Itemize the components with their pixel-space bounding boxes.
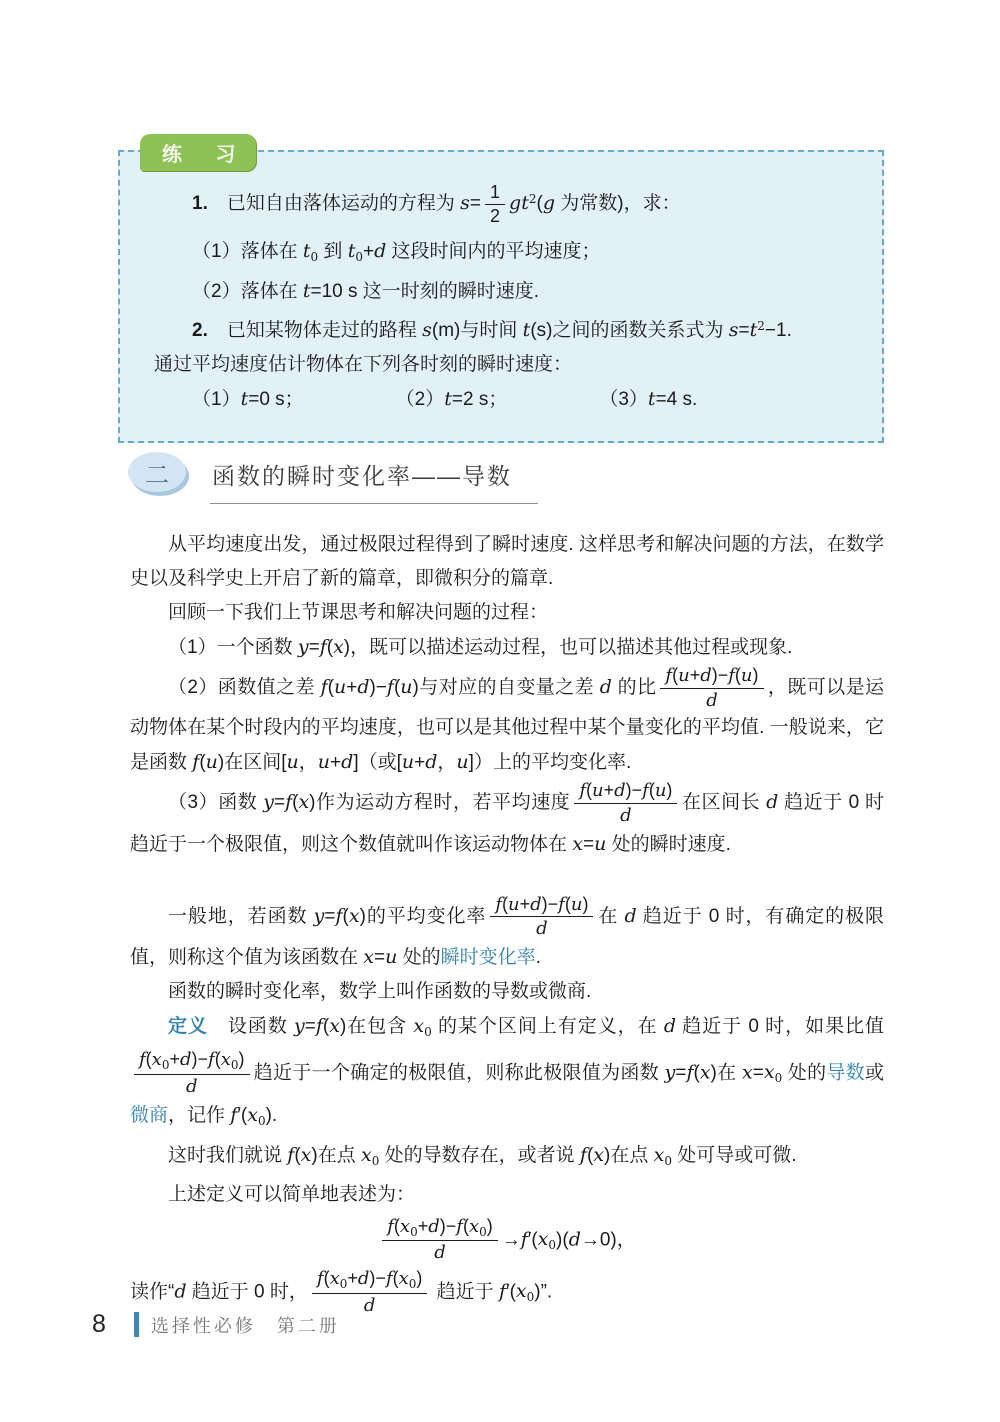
text-run: = [374, 947, 385, 968]
text-run: 的某个区间上有定义，在 [432, 1016, 664, 1037]
practice-line: （1）落体在 t0 到 t0+d 这段时间内的平均速度； [154, 234, 848, 274]
text-run: （1）落体在 [192, 241, 303, 262]
text-run: . [536, 947, 541, 968]
fraction-numerator: f(x0+d)−f(x0) [134, 1049, 250, 1075]
text-run: )− [369, 677, 386, 698]
math-var: g [509, 192, 521, 214]
text-run: ) [239, 1049, 245, 1069]
fraction: f(u+d)−f(u)d [490, 894, 593, 940]
math-var: y [665, 1061, 676, 1083]
math-var: d [614, 780, 626, 801]
paragraph: （1）一个函数 y=f(x)，既可以描述运动过程，也可以描述其他过程或现象. [130, 630, 884, 665]
math-var: x [593, 1144, 604, 1166]
text-run: 处的导数存在，或者说 [379, 1145, 580, 1166]
text-run: 一般地，若函数 [168, 906, 314, 927]
text-run: 处的瞬时速度. [606, 834, 731, 855]
math-var-sup: t2 [521, 192, 536, 214]
math-var: u [287, 751, 299, 773]
practice-tab: 练 习 [140, 134, 256, 171]
math-var: x [742, 1061, 753, 1083]
text-run: →0)， [581, 1229, 636, 1250]
text-run: )− [712, 665, 729, 685]
practice-box: 1. 已知自由落体运动的方程为 s=12gt2(g 为常数)，求：（1）落体在 … [118, 150, 884, 443]
math-var: d [600, 676, 612, 698]
math-var: f [499, 1280, 506, 1302]
fraction-numerator: f(u+d)−f(u) [660, 665, 763, 689]
practice-line: 1. 已知自由落体运动的方程为 s=12gt2(g 为常数)，求： [154, 182, 848, 226]
math-var: u [594, 833, 606, 855]
math-var: f [335, 905, 342, 927]
math-var-sub: x0 [516, 1280, 534, 1302]
text-run: ，记作 [168, 1105, 230, 1126]
text-run: )作为运动方程时，若平均速度 [309, 793, 570, 814]
text-run: = [274, 793, 285, 814]
text-run: )”. [534, 1281, 552, 1302]
text-run: ]（或[ [353, 752, 402, 773]
practice-line: （1）t=0 s；（2）t=2 s；（3）t=4 s. [154, 382, 848, 417]
math-var: d [364, 1295, 376, 1316]
math-var: f [208, 1049, 215, 1070]
paragraph: 定义 设函数 y=f(x)在包含 x0 的某个区间上有定义，在 d 趋近于 0 … [130, 1009, 884, 1137]
text-run: 在 [597, 906, 624, 927]
math-var: f [321, 676, 328, 698]
text-run: ( [394, 1216, 400, 1236]
math-var: d [174, 1280, 186, 1302]
text-run: = [675, 1062, 686, 1083]
math-var: x [572, 833, 583, 855]
text-run: + [414, 752, 425, 773]
fraction-denominator: d [134, 1075, 250, 1098]
text-run: = [324, 906, 335, 927]
text-run: ( [146, 1049, 152, 1069]
text-run: 趋近于 0 时，如果比值 [676, 1016, 884, 1037]
math-var: u [206, 751, 218, 773]
math-var-sub: x0 [538, 1228, 556, 1250]
practice-line: 2. 已知某物体走过的路程 s(m)与时间 t(s)之间的函数关系式为 s=t2… [154, 309, 848, 348]
math-var: d [569, 1228, 581, 1250]
text-run: （3） [599, 389, 648, 410]
keyword-highlight: 瞬时变化率 [441, 947, 536, 968]
math-var: x [363, 946, 374, 968]
math-var-sup: t2 [750, 319, 765, 341]
fraction-denominator: d [382, 1241, 498, 1264]
paragraph: （2）函数值之差 f(u+d)−f(u)与对应的自变量之差 d 的比f(u+d)… [130, 665, 884, 780]
text-run: + [363, 241, 374, 262]
footer-divider-bar [134, 1312, 139, 1337]
math-var: u [385, 946, 397, 968]
math-var-sub: t0 [348, 240, 363, 262]
math-var: g [543, 192, 555, 214]
text-run: ) [416, 1268, 422, 1288]
math-var: u [571, 894, 583, 915]
text-run: ′( [528, 1229, 538, 1250]
text-run: = [309, 637, 320, 658]
math-var-sub: x0 [764, 1061, 782, 1083]
text-run: 在区间长 [681, 793, 766, 814]
text-run: + [347, 1268, 358, 1288]
math-var: u [456, 751, 468, 773]
text-run: 到 [318, 241, 348, 262]
text-run: 处可导或可微. [672, 1145, 797, 1166]
math-var: d [357, 676, 369, 698]
math-var: f [387, 1216, 394, 1237]
math-var: f [642, 780, 649, 801]
math-var: t [648, 388, 656, 410]
math-var: f [456, 1216, 463, 1237]
math-var: d [428, 1216, 440, 1237]
math-var: d [186, 1076, 198, 1097]
text-run: 这时我们就说 [168, 1145, 287, 1166]
math-var: d [180, 1049, 192, 1070]
fraction: 12 [485, 182, 505, 226]
math-var: u [655, 780, 667, 801]
math-var: x [333, 636, 344, 658]
text-run: + [346, 677, 357, 698]
text-run: （2）落体在 [192, 281, 303, 302]
text-run: ) [487, 1216, 493, 1236]
paragraph: （3）函数 y=f(x)作为运动方程时，若平均速度f(u+d)−f(u)d在区间… [130, 780, 884, 861]
math-var: f [558, 894, 565, 915]
text-run: 已知某物体走过的路程 [208, 320, 422, 341]
math-var: u [318, 751, 330, 773]
text-run: )− [626, 780, 643, 800]
text-run: 1 [490, 182, 500, 202]
math-var: y [298, 636, 309, 658]
paragraph: 一般地，若函数 y=f(x)的平均变化率f(u+d)−f(u)d在 d 趋近于 … [130, 894, 884, 975]
text-run: )在包含 [340, 1016, 413, 1037]
math-var-sub: x0 [361, 1144, 379, 1166]
text-run: + [690, 665, 701, 685]
text-run: =4 s. [656, 389, 698, 410]
text-run: =0 s； [248, 389, 303, 410]
text-run: （3）函数 [168, 793, 263, 814]
text-run: （2）函数值之差 [168, 677, 321, 698]
math-var: u [741, 665, 753, 686]
text-run: 函数的瞬时变化率，数学上叫作函数的导数或微商. [168, 981, 591, 1002]
math-var: t [303, 280, 311, 302]
main-text: 从平均速度出发，通过极限过程得到了瞬时速度. 这样思考和解决问题的方法，在数学史… [130, 528, 884, 1317]
math-var: f [317, 1268, 324, 1289]
text-run: ). [266, 1105, 278, 1126]
page-footer: 8 选择性必修 第二册 [92, 1310, 340, 1339]
math-var: x [349, 905, 360, 927]
practice-line: 通过平均速度估计物体在下列各时刻的瞬时速度： [154, 348, 848, 382]
math-var: d [341, 751, 353, 773]
math-var-sub: x0 [399, 1268, 417, 1289]
math-var: d [374, 240, 386, 262]
paragraph: 从平均速度出发，通过极限过程得到了瞬时速度. 这样思考和解决问题的方法，在数学史… [130, 528, 884, 596]
fraction: f(u+d)−f(u)d [574, 780, 677, 826]
paragraph: 上述定义可以简单地表述为： [130, 1178, 884, 1212]
text-run: )( [556, 1229, 569, 1250]
text-run: = [470, 193, 481, 214]
math-var-sub: x0 [152, 1049, 170, 1070]
text-run: = [583, 834, 594, 855]
text-run: = [305, 1016, 316, 1037]
math-var-sub: x0 [400, 1216, 418, 1237]
fraction: f(x0+d)−f(x0)d [382, 1216, 498, 1264]
section-title: 函数的瞬时变化率——导数 [210, 452, 538, 504]
text-run: + [418, 1216, 429, 1236]
math-var: x [301, 1144, 312, 1166]
keyword-highlight: 导数 [826, 1062, 865, 1083]
math-var: d [620, 805, 632, 826]
text-run: 从平均速度出发，通过极限过程得到了瞬时速度. 这样思考和解决问题的方法，在数学史… [130, 534, 884, 589]
section-header: 二 函数的瞬时变化率——导数 [128, 452, 538, 504]
text-run: 回顾一下我们上节课思考和解决问题的过程： [168, 602, 548, 623]
math-var: f [521, 1228, 528, 1250]
text-run: )在点 [604, 1145, 654, 1166]
text-run: 这段时间内的平均速度； [386, 241, 600, 262]
fraction-numerator: 1 [485, 182, 505, 205]
text-run: = [739, 320, 750, 341]
text-run: 2 [490, 206, 500, 226]
text-run: =10 s 这一时刻的瞬时速度. [311, 281, 540, 302]
text-run: )在区间[ [218, 752, 287, 773]
math-var: d [664, 1015, 676, 1037]
text-run: ， [437, 752, 456, 773]
math-var: f [495, 894, 502, 915]
text-run: 趋近于一个确定的极限值，则称此极限值为函数 [254, 1062, 665, 1083]
text-run: )− [440, 1216, 457, 1236]
text-run: ) [666, 780, 672, 800]
text-run: ]）上的平均变化率. [469, 752, 632, 773]
math-var: d [358, 1268, 370, 1289]
practice-lines: 1. 已知自由落体运动的方程为 s=12gt2(g 为常数)，求：（1）落体在 … [154, 182, 848, 417]
text-run: 为常数)，求： [555, 193, 681, 214]
text-run: )在点 [311, 1145, 361, 1166]
fraction-numerator: f(u+d)−f(u) [490, 894, 593, 918]
math-var: f [316, 1015, 323, 1037]
math-var: u [400, 676, 412, 698]
math-var: s [460, 192, 470, 214]
fraction-numerator: f(u+d)−f(u) [574, 780, 677, 804]
math-var: f [139, 1049, 146, 1070]
fraction: f(u+d)−f(u)d [660, 665, 763, 711]
text-run: 或 [865, 1062, 884, 1083]
math-var: u [334, 676, 346, 698]
text-run: )的平均变化率 [360, 906, 487, 927]
text-run: 趋近于 0 时， [187, 1281, 308, 1302]
text-run: 通过平均速度估计物体在下列各时刻的瞬时速度： [154, 354, 572, 375]
text-run: )，既可以描述运动过程，也可以描述其他过程或现象. [344, 637, 793, 658]
text-run: ( [324, 1268, 330, 1288]
text-run: （2） [396, 389, 445, 410]
text-run: ) [582, 894, 588, 914]
math-var: d [706, 690, 718, 711]
math-var-sub: x0 [469, 1216, 487, 1237]
section-badge: 二 [128, 452, 186, 492]
math-var-sub: x0 [654, 1144, 672, 1166]
math-var: f [728, 665, 735, 686]
text-run: ( [215, 1049, 221, 1069]
text-run: −1. [765, 320, 792, 341]
text-run: )− [192, 1049, 209, 1069]
math-var: y [294, 1015, 305, 1037]
fraction-denominator: 2 [485, 205, 505, 227]
bold-text: 1. [192, 193, 208, 214]
math-var: x [700, 1061, 711, 1083]
math-var: x [329, 1015, 340, 1037]
text-run: + [520, 894, 531, 914]
fraction: f(x0+d)−f(x0)d [134, 1049, 250, 1097]
text-run: + [330, 752, 341, 773]
bold-text: 2. [192, 320, 208, 341]
page-number: 8 [92, 1310, 106, 1339]
text-run: （1） [192, 389, 241, 410]
math-var: f [580, 1144, 587, 1166]
text-run: 的比 [612, 677, 657, 698]
text-run: ， [299, 752, 318, 773]
text-run: =2 s； [452, 389, 507, 410]
text-run: )− [542, 894, 559, 914]
fraction-denominator: d [660, 689, 763, 712]
text-run: (m)与时间 [432, 320, 523, 341]
math-var: u [678, 665, 690, 686]
math-var: y [314, 905, 325, 927]
text-run: 趋近于 [431, 1281, 499, 1302]
math-var: u [402, 751, 414, 773]
math-var: f [387, 676, 394, 698]
text-run: (s)之间的函数关系式为 [530, 320, 728, 341]
text-run: ( [393, 1268, 399, 1288]
footer-book-title: 选择性必修 第二册 [151, 1312, 340, 1338]
math-var: s [729, 319, 739, 341]
math-var: d [536, 918, 548, 939]
math-var: d [700, 665, 712, 686]
definition-label: 定义 [168, 1016, 208, 1037]
paragraph: 回顾一下我们上节课思考和解决问题的过程： [130, 596, 884, 630]
text-run: ) [753, 665, 759, 685]
math-var: f [579, 780, 586, 801]
math-var: d [624, 905, 636, 927]
math-var: t [444, 388, 452, 410]
math-var: u [508, 894, 520, 915]
text-run: )在 [711, 1062, 743, 1083]
math-var: y [263, 792, 274, 814]
fraction-numerator: f(x0+d)−f(x0) [312, 1268, 428, 1294]
math-var: d [766, 792, 778, 814]
text-run: )− [369, 1268, 386, 1288]
text-run: （1）一个函数 [168, 637, 298, 658]
paragraph: f(x0+d)−f(x0)d→f′(x0)(d→0)， [130, 1216, 884, 1264]
paragraph: 这时我们就说 f(x)在点 x0 处的导数存在，或者说 f(x)在点 x0 处可… [130, 1138, 884, 1178]
math-var: d [530, 894, 542, 915]
math-var-sub: x0 [330, 1268, 348, 1289]
math-var: d [434, 1242, 446, 1263]
text-run: 设函数 [208, 1016, 294, 1037]
fraction-numerator: f(x0+d)−f(x0) [382, 1216, 498, 1242]
math-var: u [592, 780, 604, 801]
text-run: 上述定义可以简单地表述为： [168, 1184, 415, 1205]
text-run: 已知自由落体运动的方程为 [208, 193, 460, 214]
text-run: ′( [237, 1105, 247, 1126]
math-var: d [425, 751, 437, 773]
fraction-denominator: d [490, 917, 593, 940]
text-run: ′( [506, 1281, 516, 1302]
math-var: x [298, 792, 309, 814]
text-run: 处的 [782, 1062, 826, 1083]
text-run: 处的 [397, 947, 440, 968]
text-run: )与对应的自变量之差 [413, 677, 600, 698]
text-run: 读作“ [130, 1281, 174, 1302]
math-var-sub: t0 [303, 240, 318, 262]
paragraph: 函数的瞬时变化率，数学上叫作函数的导数或微商. [130, 975, 884, 1009]
practice-section: 练 习 1. 已知自由落体运动的方程为 s=12gt2(g 为常数)，求：（1）… [118, 150, 884, 443]
fraction-denominator: d [574, 804, 677, 827]
math-var: s [422, 319, 432, 341]
textbook-page: { "colors": { "accent_blue": "#2f80b0", … [0, 0, 1000, 1422]
math-var-sub: x0 [221, 1049, 239, 1070]
text-run: + [604, 780, 615, 800]
practice-line: （2）落体在 t=10 s 这一时刻的瞬时速度. [154, 274, 848, 309]
text-run: → [502, 1229, 521, 1250]
math-var-sub: x0 [247, 1104, 265, 1126]
math-var: f [386, 1268, 393, 1289]
text-run: = [753, 1062, 764, 1083]
math-var-sub: x0 [413, 1015, 431, 1037]
keyword-highlight: 微商 [130, 1105, 168, 1126]
math-var: f [320, 636, 327, 658]
text-run: + [169, 1049, 180, 1069]
